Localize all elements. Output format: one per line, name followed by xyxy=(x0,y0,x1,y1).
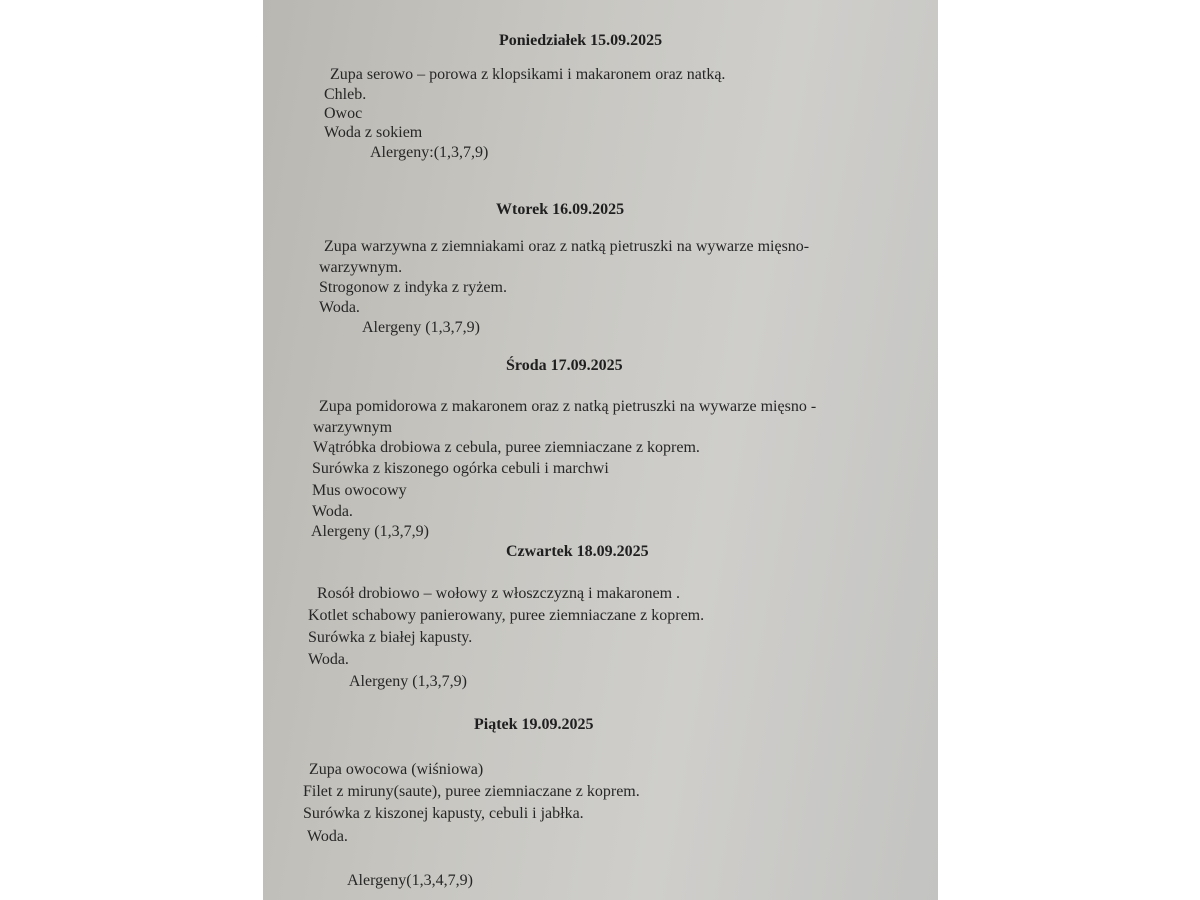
menu-line: Wątróbka drobiowa z cebula, puree ziemni… xyxy=(313,439,700,457)
menu-sheet: Poniedziałek 15.09.2025 Zupa serowo – po… xyxy=(263,0,938,900)
day-title-tuesday: Wtorek 16.09.2025 xyxy=(496,201,624,219)
menu-line: Rosół drobiowo – wołowy z włoszczyzną i … xyxy=(317,585,680,603)
menu-line: Zupa pomidorowa z makaronem oraz z natką… xyxy=(319,398,816,416)
menu-line: Zupa warzywna z ziemniakami oraz z natką… xyxy=(324,238,809,256)
menu-line: Zupa serowo – porowa z klopsikami i maka… xyxy=(330,66,725,84)
menu-line: Kotlet schabowy panierowany, puree ziemn… xyxy=(308,607,704,625)
menu-line: Zupa owocowa (wiśniowa) xyxy=(309,761,483,779)
menu-line: Chleb. xyxy=(324,86,366,104)
menu-line: Woda z sokiem xyxy=(324,124,422,142)
menu-line: Surówka z kiszonej kapusty, cebuli i jab… xyxy=(303,805,584,823)
day-title-monday: Poniedziałek 15.09.2025 xyxy=(499,32,662,50)
menu-line: Strogonow z indyka z ryżem. xyxy=(319,279,507,297)
menu-line: warzywnym. xyxy=(319,259,402,277)
allergens-monday: Alergeny:(1,3,7,9) xyxy=(370,144,488,162)
menu-line: warzywnym xyxy=(313,419,392,437)
menu-line: Mus owocowy xyxy=(312,482,407,500)
menu-line: Woda. xyxy=(319,299,360,317)
allergens-wednesday: Alergeny (1,3,7,9) xyxy=(311,523,429,541)
menu-line: Owoc xyxy=(324,105,362,123)
day-title-friday: Piątek 19.09.2025 xyxy=(474,716,594,734)
menu-line: Woda. xyxy=(308,651,349,669)
menu-line: Woda. xyxy=(307,828,348,846)
allergens-friday: Alergeny(1,3,4,7,9) xyxy=(347,872,473,890)
menu-line: Surówka z kiszonego ogórka cebuli i marc… xyxy=(312,460,609,478)
allergens-thursday: Alergeny (1,3,7,9) xyxy=(349,673,467,691)
day-title-thursday: Czwartek 18.09.2025 xyxy=(506,543,649,561)
allergens-tuesday: Alergeny (1,3,7,9) xyxy=(362,319,480,337)
menu-line: Filet z miruny(saute), puree ziemniaczan… xyxy=(303,783,640,801)
day-title-wednesday: Środa 17.09.2025 xyxy=(506,357,623,375)
menu-line: Woda. xyxy=(312,503,353,521)
menu-line: Surówka z białej kapusty. xyxy=(308,629,472,647)
